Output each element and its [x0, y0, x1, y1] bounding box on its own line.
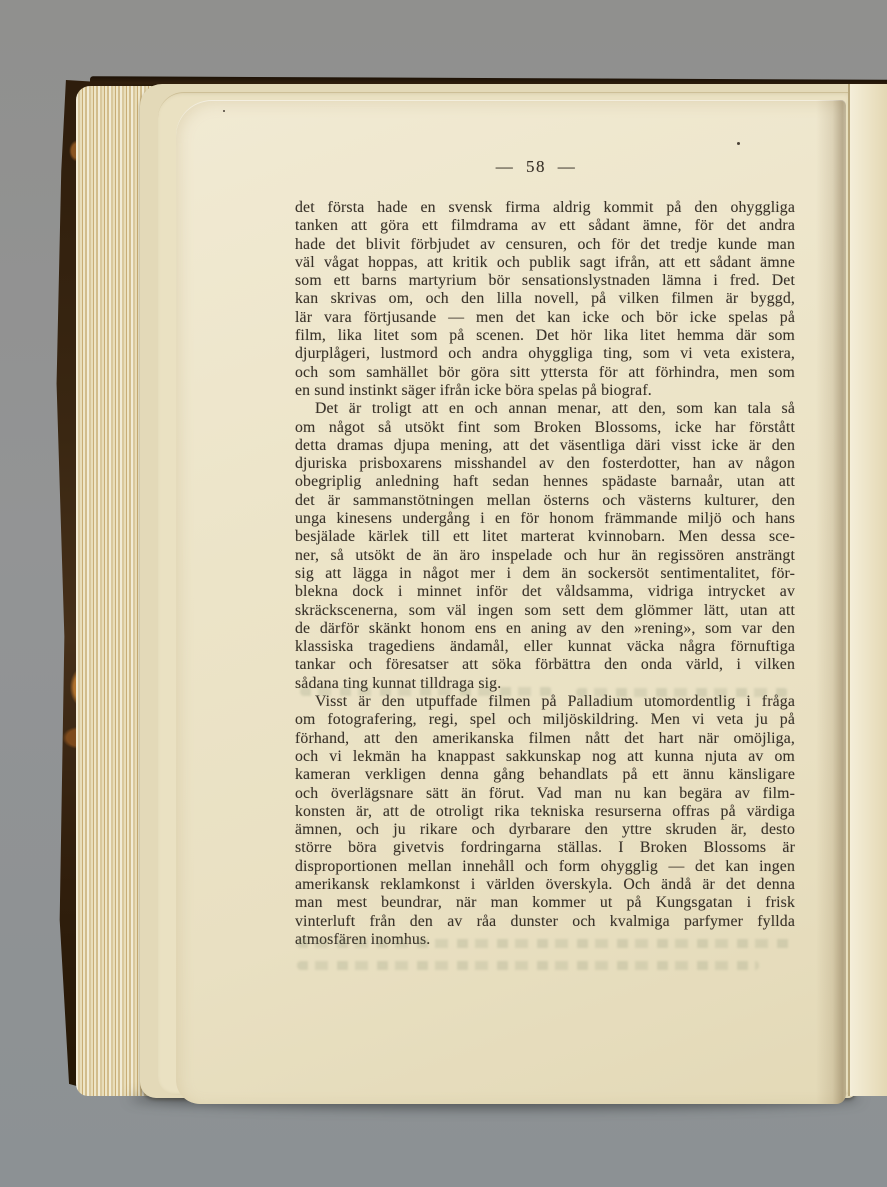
text-line: och som samhället bör göra sitt yttersta… [295, 364, 795, 382]
text-line: kameran verkligen denna gång behandlats … [295, 766, 795, 784]
text-block: det första hade en svensk firma aldrig k… [295, 199, 795, 949]
text-line: amerikansk reklamkonst i världen översky… [295, 876, 795, 894]
text-line: besjälade kärlek till ett litet marterat… [295, 528, 795, 546]
paragraph: det första hade en svensk firma aldrig k… [295, 199, 795, 400]
text-line: det första hade en svensk firma aldrig k… [295, 199, 795, 217]
text-line: disproportionen mellan innehåll och form… [295, 858, 795, 876]
page-number: — 58 — [290, 157, 782, 177]
show-through-text [576, 688, 788, 697]
text-line: klassiska tragediens ändamål, eller kunn… [295, 638, 795, 656]
text-line: konsten är, att de otroligt rika teknisk… [295, 803, 795, 821]
text-line: en sund instinkt säger ifrån icke böra s… [295, 382, 795, 400]
text-line: obegriplig anledning haft sedan hennes s… [295, 473, 795, 491]
text-line: större böra givetvis fordringarna ställa… [295, 839, 795, 857]
text-line: lär vara förtjusande — men det kan icke … [295, 309, 795, 327]
dust-speck [737, 142, 740, 145]
text-line: unga kinesens undergång i en för honom f… [295, 510, 795, 528]
paragraph: Det är troligt att en och annan menar, a… [295, 400, 795, 693]
text-line: tankar och föresatser att söka förbättra… [295, 656, 795, 674]
printed-text-layer: — 58 — det första hade en svensk firma a… [0, 0, 887, 1187]
show-through-text [300, 687, 552, 696]
text-line: sig att lägga in något mer i dem än sock… [295, 565, 795, 583]
text-line: vinterluft från den av råa dunster och k… [295, 913, 795, 931]
text-line: Det är troligt att en och annan menar, a… [295, 400, 795, 418]
text-line: som ett barns martyrium bör sensationsly… [295, 272, 795, 290]
text-line: ämnen, och ju rikare och dyrbarare den y… [295, 821, 795, 839]
text-line: och överlägsnare sätt än förut. Vad man … [295, 785, 795, 803]
show-through-text [297, 961, 759, 970]
text-line: och vi lekmän ha knappast sakkunskap nog… [295, 748, 795, 766]
text-line: tanken att göra ett filmdrama av ett såd… [295, 217, 795, 235]
text-line: om något så utsökt fint som Broken Bloss… [295, 419, 795, 437]
text-line: blekna dock i minnet inför det våldsamma… [295, 583, 795, 601]
text-line: det är sammanstötningen mellan österns o… [295, 492, 795, 510]
paragraph: Visst är den utpuffade filmen på Palladi… [295, 693, 795, 949]
show-through-text [297, 939, 795, 948]
dust-speck [223, 110, 225, 112]
text-line: väl vågat hoppas, att kritik och publik … [295, 254, 795, 272]
text-line: skräckscenerna, som väl ingen som sett d… [295, 602, 795, 620]
text-line: detta dramas djupa mening, att det väsen… [295, 437, 795, 455]
text-line: de därför skänkt honom ens en aning av d… [295, 620, 795, 638]
text-line: djurplågeri, lustmord och andra ohygglig… [295, 345, 795, 363]
photo-background: — 58 — det första hade en svensk firma a… [0, 0, 887, 1187]
text-line: förhand, att den amerikanska filmen nått… [295, 730, 795, 748]
text-line: djuriska prisboxarens misshandel av den … [295, 455, 795, 473]
text-line: ner, så utsökt de än äro inspelade och h… [295, 547, 795, 565]
text-line: kan skrivas om, och den lilla novell, på… [295, 290, 795, 308]
text-line: om fotografering, regi, spel och miljösk… [295, 711, 795, 729]
text-line: man mest beundrar, när man kommer ut på … [295, 894, 795, 912]
text-line: hade det blivit förbjudet av censuren, o… [295, 236, 795, 254]
text-line: film, lika litet som på scenen. Det hör … [295, 327, 795, 345]
